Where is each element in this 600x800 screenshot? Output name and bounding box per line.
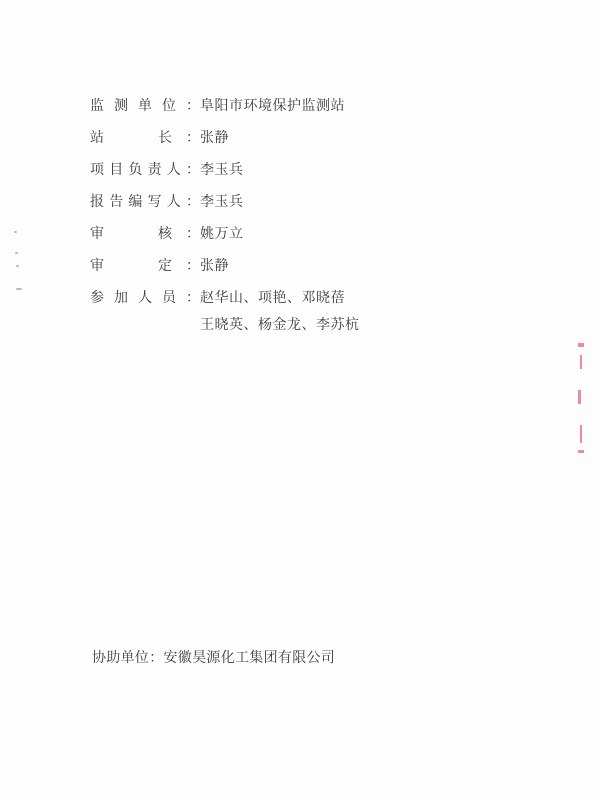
label-char: 员	[162, 288, 176, 308]
seal-mark	[580, 355, 582, 369]
label-char: 核	[158, 224, 172, 244]
label-char: 审	[90, 224, 104, 244]
label-char: 监	[90, 96, 104, 116]
field-reviewer: 审 核 ： 姚万立	[90, 224, 244, 244]
label-char: ：	[186, 256, 200, 276]
label-char: 人	[167, 192, 181, 212]
label-char: 单	[138, 96, 152, 116]
field-participants: 参 加 人 员 ： 赵华山、项艳、邓晓蓓	[90, 288, 345, 308]
label-char: ：	[186, 288, 200, 308]
label-char: 加	[114, 288, 128, 308]
field-value: 阜阳市环境保护监测站	[200, 96, 345, 116]
field-approver: 审 定 ： 张静	[90, 256, 229, 276]
label-char: 位	[162, 96, 176, 116]
label-char: 参	[90, 288, 104, 308]
field-value: 赵华山、项艳、邓晓蓓	[200, 288, 345, 308]
label-char: 告	[109, 192, 123, 212]
field-label: 报 告 编 写 人 ：	[90, 192, 200, 212]
label-char: 报	[90, 192, 104, 212]
label-char: ：	[186, 192, 200, 212]
field-label: 审 核 ：	[90, 224, 200, 244]
field-value: 张静	[200, 128, 229, 148]
label-char: 人	[167, 160, 181, 180]
label-char: 审	[90, 256, 104, 276]
label-char: 写	[148, 192, 162, 212]
participants-continued: 王晓英、杨金龙、李苏杭	[200, 315, 360, 335]
label-char: 测	[114, 96, 128, 116]
scan-speck	[14, 231, 17, 233]
label-char: 责	[148, 160, 162, 180]
field-label: 审 定 ：	[90, 256, 200, 276]
field-label: 参 加 人 员 ：	[90, 288, 200, 308]
field-report-author: 报 告 编 写 人 ： 李玉兵	[90, 192, 244, 212]
label-char: 编	[128, 192, 142, 212]
label-char: 站	[90, 128, 104, 148]
seal-mark	[578, 390, 581, 404]
label-char: 负	[128, 160, 142, 180]
label-char: ：	[186, 96, 200, 116]
field-label: 站 长 ：	[90, 128, 200, 148]
field-monitoring-unit: 监 测 单 位 ： 阜阳市环境保护监测站	[90, 96, 345, 116]
field-label: 项 目 负 责 人 ：	[90, 160, 200, 180]
seal-mark	[578, 450, 584, 453]
field-value: 李玉兵	[200, 160, 244, 180]
label-char: 目	[109, 160, 123, 180]
label-char: ：	[186, 128, 200, 148]
scan-speck	[15, 252, 18, 254]
label-char: 长	[158, 128, 172, 148]
field-project-lead: 项 目 负 责 人 ： 李玉兵	[90, 160, 244, 180]
assisting-unit: 协助单位：安徽昊源化工集团有限公司	[92, 648, 335, 668]
field-value: 李玉兵	[200, 192, 244, 212]
seal-mark	[578, 343, 584, 347]
label-char: 人	[138, 288, 152, 308]
field-value: 张静	[200, 256, 229, 276]
scan-speck	[16, 288, 22, 290]
label-char: ：	[186, 224, 200, 244]
label-char: 项	[90, 160, 104, 180]
label-char: 定	[158, 256, 172, 276]
field-label: 监 测 单 位 ：	[90, 96, 200, 116]
label-char: ：	[186, 160, 200, 180]
scan-speck	[16, 265, 19, 267]
field-station-head: 站 长 ： 张静	[90, 128, 229, 148]
seal-mark	[580, 425, 582, 443]
field-value: 姚万立	[200, 224, 244, 244]
